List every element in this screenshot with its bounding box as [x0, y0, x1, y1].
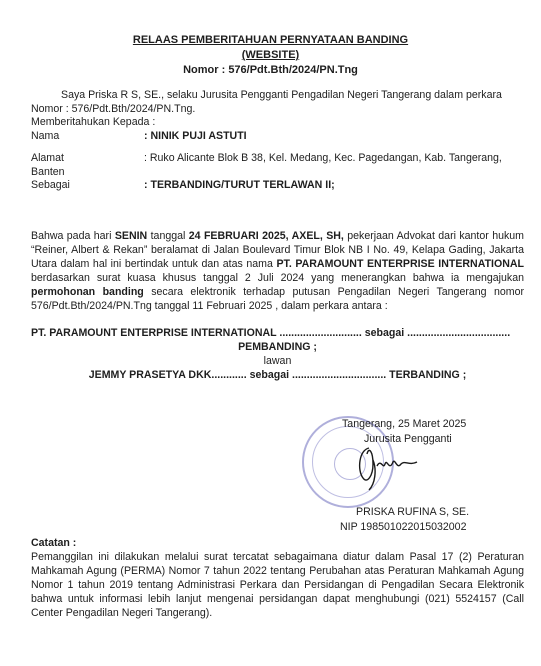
intro-notify: Memberitahukan Kepada : — [31, 116, 526, 130]
role-label: Sebagai — [31, 179, 70, 193]
recipient-address-row: Alamat : Ruko Alicante Blok B 38, Kel. M… — [31, 152, 526, 166]
parties-section: PT. PARAMOUNT ENTERPRISE INTERNATIONAL .… — [31, 326, 524, 382]
versus-label: lawan — [31, 354, 524, 368]
respondent-line: JEMMY PRASETYA DKK............ sebagai .… — [31, 368, 524, 382]
address-label: Alamat — [31, 152, 64, 166]
intro-line: Saya Priska R S, SE., selaku Jurusita Pe… — [31, 89, 526, 103]
address-continuation: Banten — [31, 166, 526, 180]
signature-block: Tangerang, 25 Maret 2025 Jurusita Pengga… — [320, 417, 520, 446]
address-value: : Ruko Alicante Blok B 38, Kel. Medang, … — [144, 152, 502, 166]
body-paragraph: Bahwa pada hari SENIN tanggal 24 FEBRUAR… — [31, 230, 524, 313]
body-appeal: permohonan banding — [31, 286, 144, 298]
note-text: Pemanggilan ini dilakukan melalui surat … — [31, 550, 524, 620]
sign-place-date: Tangerang, 25 Maret 2025 — [320, 417, 520, 432]
intro-case-number: Nomor : 576/Pdt.Bth/2024/PN.Tng. — [31, 103, 526, 117]
document-number: Nomor : 576/Pdt.Bth/2024/PN.Tng — [0, 63, 541, 78]
sign-role: Jurusita Pengganti — [320, 432, 520, 447]
document-page: RELAAS PEMBERITAHUAN PERNYATAAN BANDING … — [0, 0, 541, 666]
appellant-line: PT. PARAMOUNT ENTERPRISE INTERNATIONAL .… — [31, 326, 524, 340]
body-text: Bahwa pada hari — [31, 230, 115, 242]
body-company: PT. PARAMOUNT ENTERPRISE INTERNATIONAL — [276, 258, 524, 270]
recipient-name-row: Nama : NINIK PUJI ASTUTI — [31, 130, 526, 144]
name-label: Nama — [31, 130, 59, 144]
body-text: tanggal — [147, 230, 189, 242]
note-heading: Catatan : — [31, 536, 524, 550]
signature-icon — [355, 440, 425, 495]
intro-section: Saya Priska R S, SE., selaku Jurusita Pe… — [31, 89, 526, 193]
note-section: Catatan : Pemanggilan ini dilakukan mela… — [31, 536, 524, 620]
appellant-role: PEMBANDING ; — [31, 340, 524, 354]
document-title: RELAAS PEMBERITAHUAN PERNYATAAN BANDING — [0, 33, 541, 48]
body-text: berdasarkan surat kuasa khusus tanggal 2… — [31, 272, 524, 284]
name-value: : NINIK PUJI ASTUTI — [144, 130, 247, 144]
role-value: : TERBANDING/TURUT TERLAWAN II; — [144, 179, 335, 193]
document-subtitle: (WEBSITE) — [0, 48, 541, 63]
sign-nip: NIP 198501022015032002 — [340, 520, 466, 535]
document-header: RELAAS PEMBERITAHUAN PERNYATAAN BANDING … — [0, 33, 541, 78]
recipient-role-row: Sebagai : TERBANDING/TURUT TERLAWAN II; — [31, 179, 526, 193]
body-date-actor: 24 FEBRUARI 2025, AXEL, SH, — [189, 230, 344, 242]
sign-name: PRISKA RUFINA S, SE. — [356, 505, 469, 520]
body-day: SENIN — [115, 230, 147, 242]
